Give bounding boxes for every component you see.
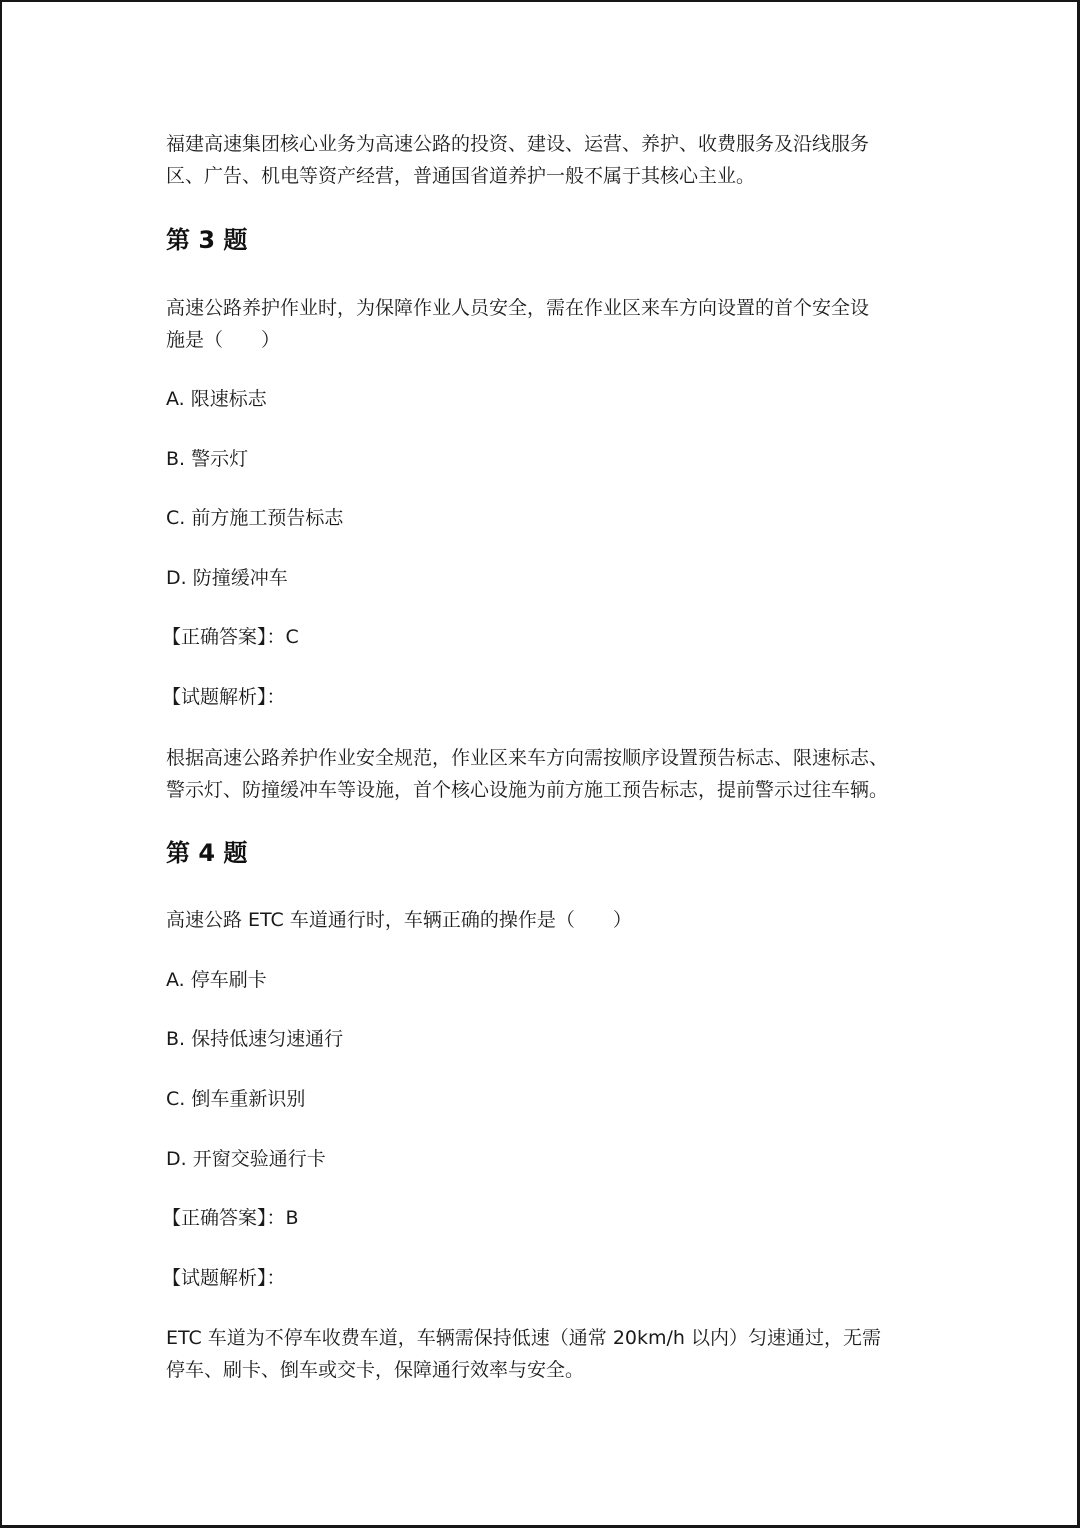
stem-line: 高速公路养护作业时，为保障作业人员安全，需在作业区来车方向设置的首个安全设 [166, 292, 966, 324]
question-heading: 第 3 题 [166, 224, 247, 256]
option-d: D. 防撞缓冲车 [166, 562, 288, 594]
option-c: C. 前方施工预告标志 [166, 502, 343, 534]
option-a: A. 停车刷卡 [166, 964, 267, 996]
option-c: C. 倒车重新识别 [166, 1083, 305, 1115]
analysis-line: 根据高速公路养护作业安全规范，作业区来车方向需按顺序设置预告标志、限速标志、 [166, 742, 986, 774]
answer-label: 【正确答案】： [162, 626, 286, 648]
document-page: 福建高速集团核心业务为高速公路的投资、建设、运营、养护、收费服务及沿线服务 区、… [0, 0, 1080, 1528]
question-stem: 高速公路 ETC 车道通行时，车辆正确的操作是（ ） [166, 904, 966, 936]
analysis-label-text: 【试题解析】： [162, 686, 286, 708]
analysis-line: 警示灯、防撞缓冲车等设施，首个核心设施为前方施工预告标志，提前警示过往车辆。 [166, 774, 986, 806]
option-b: B. 警示灯 [166, 443, 248, 475]
question-heading: 第 4 题 [166, 837, 247, 869]
intro-line: 福建高速集团核心业务为高速公路的投资、建设、运营、养护、收费服务及沿线服务 [166, 128, 966, 160]
intro-line: 区、广告、机电等资产经营，普通国省道养护一般不属于其核心主业。 [166, 160, 966, 192]
answer-label: 【正确答案】： [162, 1207, 286, 1229]
stem-line: 施是（ ） [166, 324, 966, 356]
intro-paragraph: 福建高速集团核心业务为高速公路的投资、建设、运营、养护、收费服务及沿线服务 区、… [166, 128, 966, 192]
option-a: A. 限速标志 [166, 383, 267, 415]
analysis-label: 【试题解析】： [166, 681, 286, 713]
analysis-line: 停车、刷卡、倒车或交卡，保障通行效率与安全。 [166, 1354, 986, 1386]
analysis-label: 【试题解析】： [166, 1262, 286, 1294]
option-d: D. 开窗交验通行卡 [166, 1143, 326, 1175]
option-b: B. 保持低速匀速通行 [166, 1023, 343, 1055]
correct-answer: 【正确答案】：C [166, 621, 299, 653]
analysis-label-text: 【试题解析】： [162, 1267, 286, 1289]
answer-value: C [286, 626, 299, 648]
analysis-text: 根据高速公路养护作业安全规范，作业区来车方向需按顺序设置预告标志、限速标志、 警… [166, 742, 986, 806]
correct-answer: 【正确答案】：B [166, 1202, 299, 1234]
stem-line: 高速公路 ETC 车道通行时，车辆正确的操作是（ ） [166, 904, 966, 936]
analysis-line: ETC 车道为不停车收费车道，车辆需保持低速（通常 20km/h 以内）匀速通过… [166, 1322, 986, 1354]
analysis-text: ETC 车道为不停车收费车道，车辆需保持低速（通常 20km/h 以内）匀速通过… [166, 1322, 986, 1386]
question-stem: 高速公路养护作业时，为保障作业人员安全，需在作业区来车方向设置的首个安全设 施是… [166, 292, 966, 356]
answer-value: B [286, 1207, 299, 1229]
